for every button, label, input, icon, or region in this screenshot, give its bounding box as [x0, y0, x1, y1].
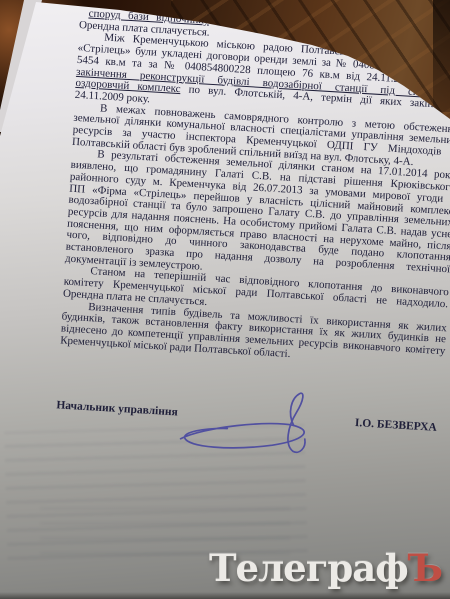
paper-sheet: споруд бази відпочинку по вул. Флотській…	[0, 0, 450, 599]
photo-edge-shadow	[0, 592, 450, 599]
telegraf-watermark-logo: ТелеграфЪ	[209, 546, 442, 590]
handwritten-signature	[171, 382, 336, 475]
signatory-title: Начальник управління	[56, 401, 178, 420]
watermark-main-text: Телеграф	[209, 546, 408, 590]
watermark-accent-letter: Ъ	[408, 546, 442, 590]
floor-dark-plank	[433, 0, 450, 112]
document-photo: споруд бази відпочинку по вул. Флотській…	[0, 0, 450, 599]
signatory-name: І.О. БЕЗВЕРХА	[355, 418, 437, 435]
